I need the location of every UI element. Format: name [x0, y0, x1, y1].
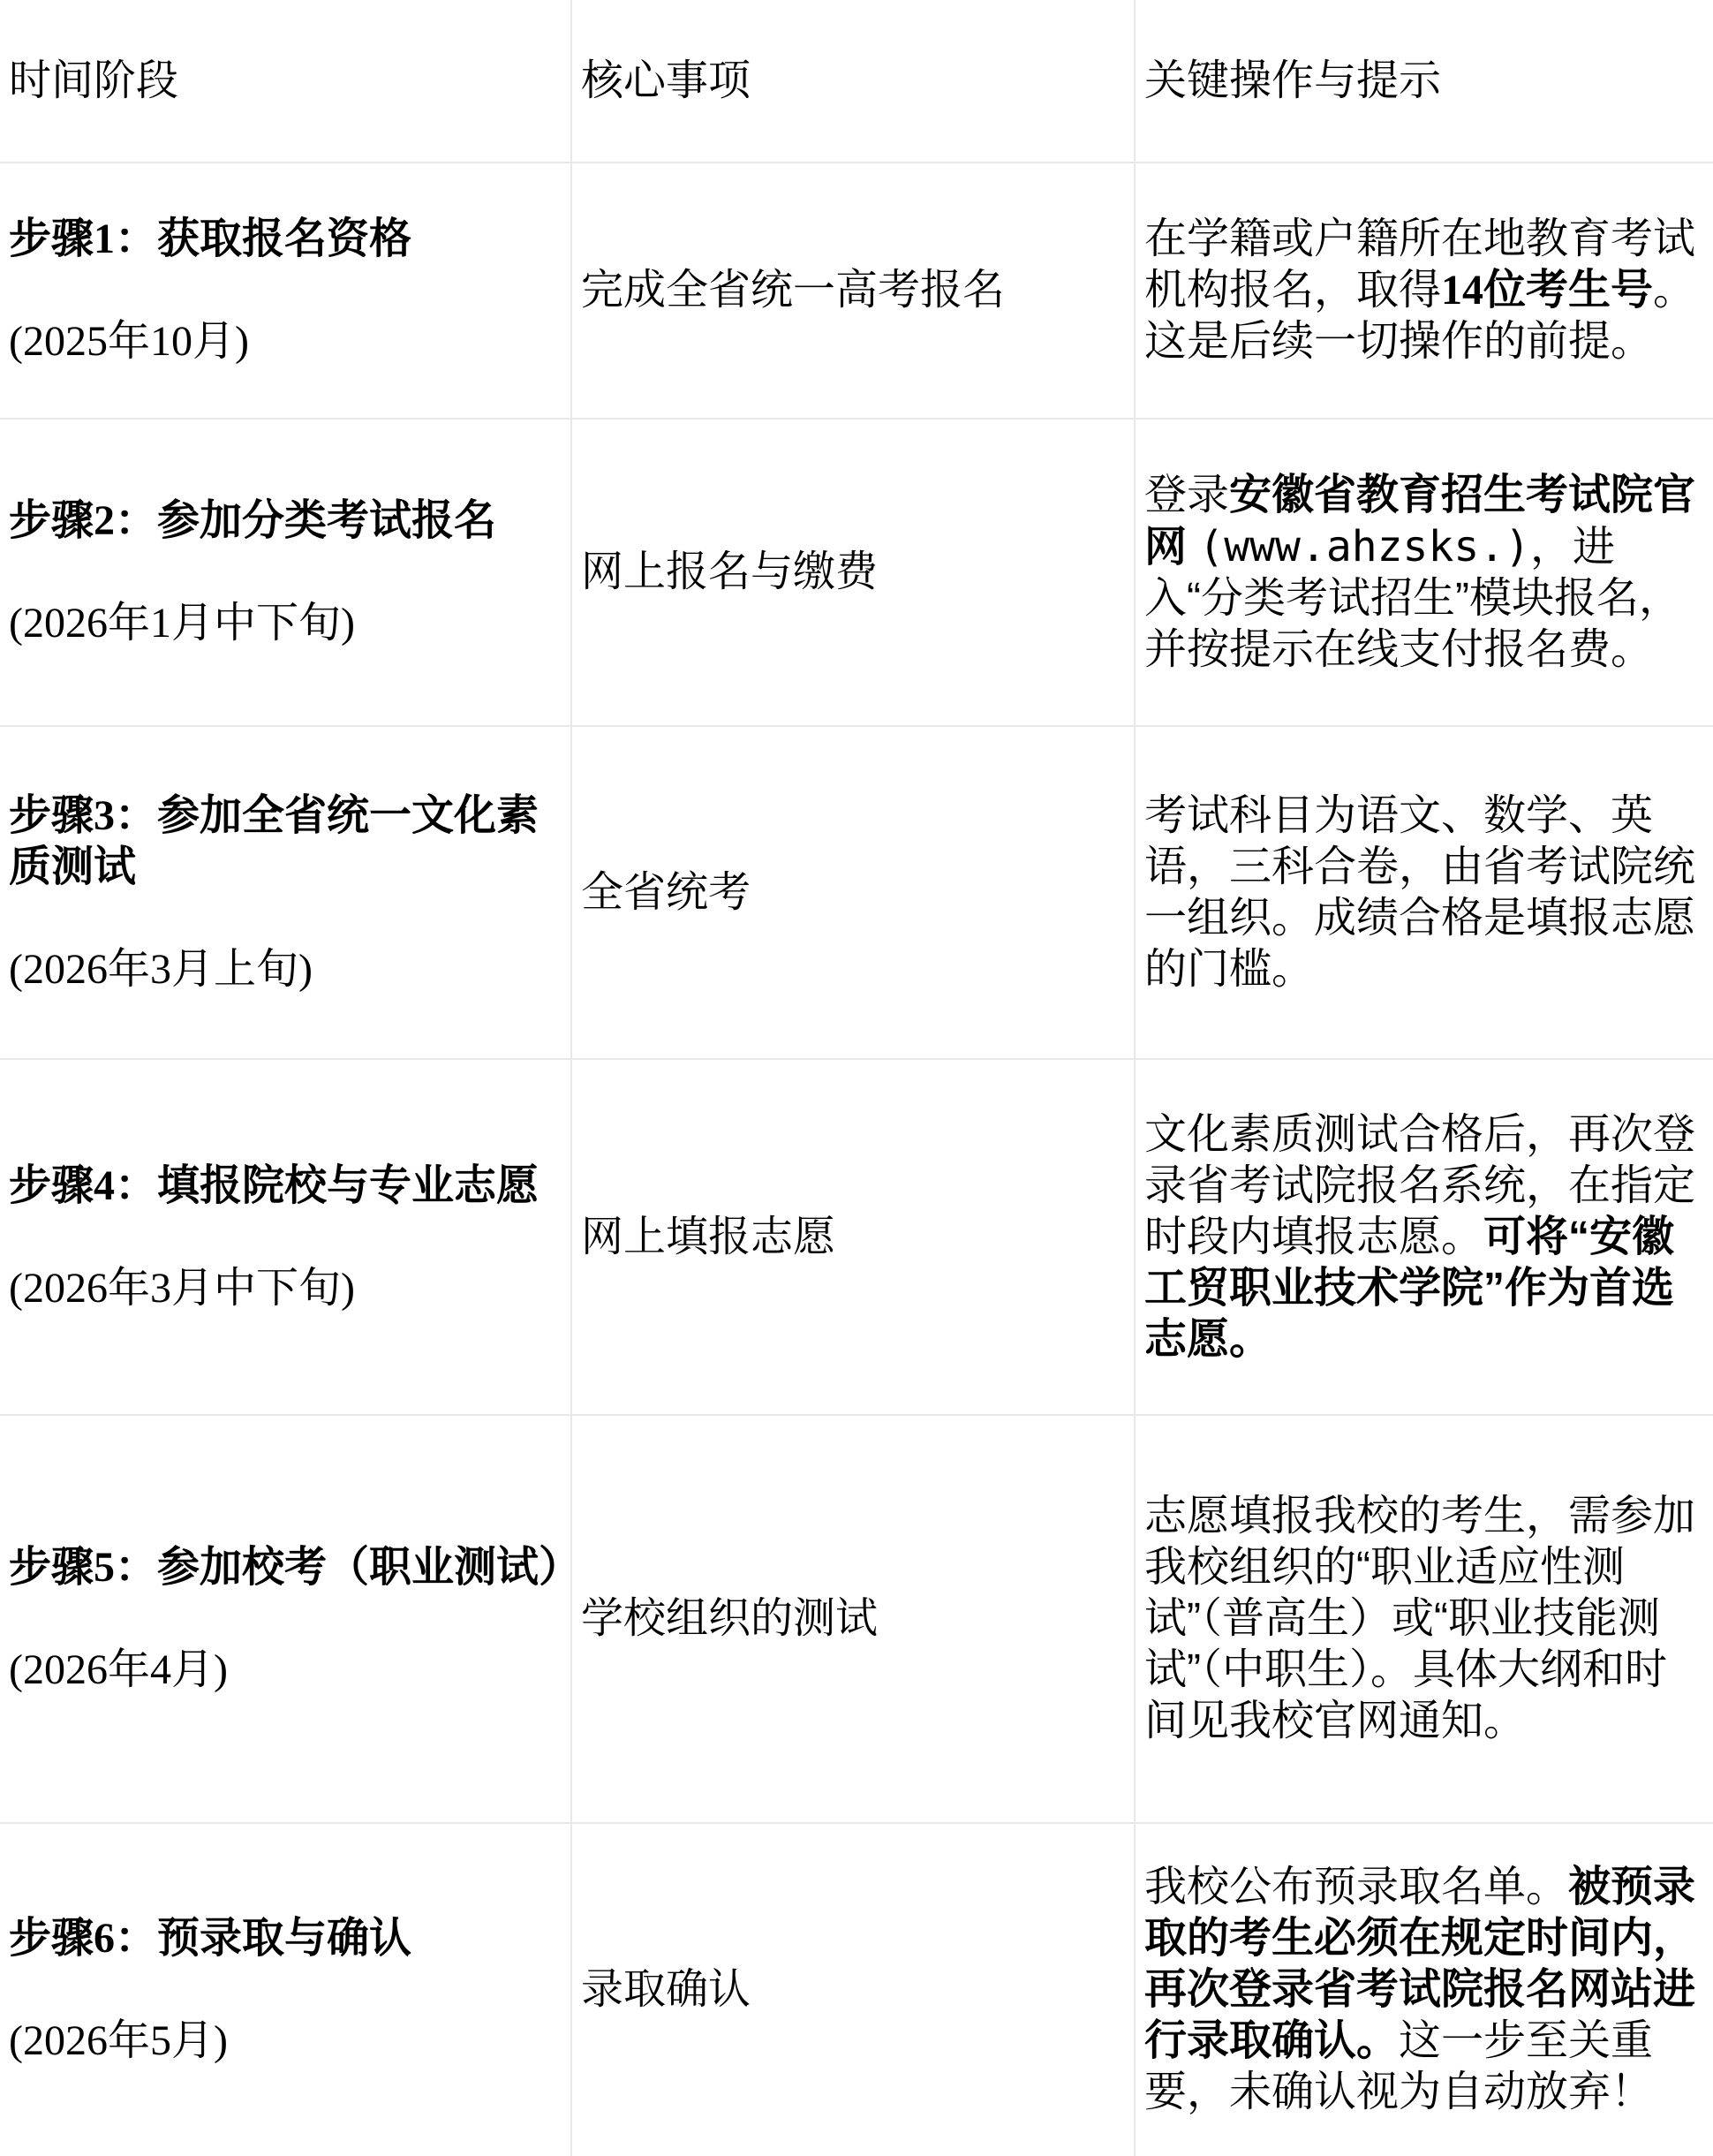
stage-cell: 步骤5：参加校考（职业测试） (2026年4月): [0, 1416, 572, 1822]
stage-cell: 步骤6：预录取与确认 (2026年5月): [0, 1824, 572, 2156]
stage-date: (2026年1月中下旬): [9, 598, 562, 649]
stage-title: 步骤6：预录取与确认: [9, 1913, 562, 1964]
header-cell-stage: 时间阶段: [0, 0, 572, 162]
tips-segment: 考试科目为语文、数学、英语，三科合卷，由省考试院统一组织。成绩合格是填报志愿的门…: [1144, 792, 1695, 993]
tips-segment: 位考生号: [1483, 267, 1653, 314]
stage-cell: 步骤2：参加分类考试报名 (2026年1月中下旬): [0, 420, 572, 725]
tips-text: 在学籍或户籍所在地教育考试机构报名，取得14位考生号。这是后续一切操作的前提。: [1144, 214, 1704, 367]
stage-title: 步骤1：获取报名资格: [9, 214, 562, 265]
table-header-row: 时间阶段 核心事项 关键操作与提示: [0, 0, 1713, 163]
stage-title: 步骤5：参加校考（职业测试）: [9, 1542, 562, 1593]
stage-cell: 步骤3：参加全省统一文化素质测试 (2026年3月上旬): [0, 727, 572, 1058]
header-cell-core: 核心事项: [572, 0, 1136, 162]
tips-segment: 我校公布预录取名单。: [1144, 1864, 1568, 1910]
stage-cell: 步骤1：获取报名资格 (2025年10月): [0, 163, 572, 418]
admission-steps-table: 时间阶段 核心事项 关键操作与提示 步骤1：获取报名资格 (2025年10月) …: [0, 0, 1713, 2156]
tips-segment: [1187, 524, 1198, 571]
header-cell-tips: 关键操作与提示: [1136, 0, 1713, 162]
core-text: 网上填报志愿: [581, 1212, 1125, 1263]
tips-cell: 在学籍或户籍所在地教育考试机构报名，取得14位考生号。这是后续一切操作的前提。: [1136, 163, 1713, 418]
table-row: 步骤2：参加分类考试报名 (2026年1月中下旬) 网上报名与缴费 登录安徽省教…: [0, 420, 1713, 727]
stage-date: (2026年4月): [9, 1645, 562, 1696]
stage-date: (2026年5月): [9, 2016, 562, 2067]
core-cell: 完成全省统一高考报名: [572, 163, 1136, 418]
tips-text: 考试科目为语文、数学、英语，三科合卷，由省考试院统一组织。成绩合格是填报志愿的门…: [1144, 791, 1704, 995]
stage-cell: 步骤4：填报院校与专业志愿 (2026年3月中下旬): [0, 1060, 572, 1414]
stage-date: (2026年3月上旬): [9, 944, 562, 995]
header-tips-label: 关键操作与提示: [1144, 56, 1704, 107]
core-cell: 学校组织的测试: [572, 1416, 1136, 1822]
tips-segment: (www.ahzsks.): [1198, 522, 1530, 571]
table-row: 步骤4：填报院校与专业志愿 (2026年3月中下旬) 网上填报志愿 文化素质测试…: [0, 1060, 1713, 1416]
tips-cell: 文化素质测试合格后，再次登录省考试院报名系统，在指定时段内填报志愿。可将“安徽工…: [1136, 1060, 1713, 1414]
header-core-label: 核心事项: [581, 56, 1125, 107]
stage-date: (2025年10月): [9, 316, 562, 367]
table-row: 步骤5：参加校考（职业测试） (2026年4月) 学校组织的测试 志愿填报我校的…: [0, 1416, 1713, 1824]
table-row: 步骤6：预录取与确认 (2026年5月) 录取确认 我校公布预录取名单。被预录取…: [0, 1824, 1713, 2156]
core-cell: 全省统考: [572, 727, 1136, 1058]
tips-cell: 我校公布预录取名单。被预录取的考生必须在规定时间内，再次登录省考试院报名网站进行…: [1136, 1824, 1713, 2156]
core-text: 全省统考: [581, 867, 1125, 919]
core-cell: 网上填报志愿: [572, 1060, 1136, 1414]
table-row: 步骤1：获取报名资格 (2025年10月) 完成全省统一高考报名 在学籍或户籍所…: [0, 163, 1713, 420]
tips-segment: 14: [1441, 267, 1483, 314]
header-stage-label: 时间阶段: [9, 56, 562, 107]
core-text: 学校组织的测试: [581, 1593, 1125, 1645]
tips-text: 志愿填报我校的考生，需参加我校组织的“职业适应性测试”（普高生）或“职业技能测试…: [1144, 1491, 1704, 1747]
core-text: 网上报名与缴费: [581, 547, 1125, 598]
tips-segment: 志愿填报我校的考生，需参加我校组织的“职业适应性测试”（普高生）或“职业技能测试…: [1144, 1493, 1695, 1744]
core-cell: 录取确认: [572, 1824, 1136, 2156]
core-cell: 网上报名与缴费: [572, 420, 1136, 725]
stage-title: 步骤2：参加分类考试报名: [9, 496, 562, 547]
core-text: 录取确认: [581, 1964, 1125, 2016]
core-text: 完成全省统一高考报名: [581, 265, 1125, 316]
stage-date: (2026年3月中下旬): [9, 1263, 562, 1314]
tips-cell: 志愿填报我校的考生，需参加我校组织的“职业适应性测试”（普高生）或“职业技能测试…: [1136, 1416, 1713, 1822]
stage-title: 步骤4：填报院校与专业志愿: [9, 1161, 562, 1212]
tips-text: 我校公布预录取名单。被预录取的考生必须在规定时间内，再次登录省考试院报名网站进行…: [1144, 1862, 1704, 2118]
stage-title: 步骤3：参加全省统一文化素质测试: [9, 791, 562, 893]
tips-text: 文化素质测试合格后，再次登录省考试院报名系统，在指定时段内填报志愿。可将“安徽工…: [1144, 1109, 1704, 1365]
tips-segment: 登录: [1144, 472, 1229, 518]
page: 时间阶段 核心事项 关键操作与提示 步骤1：获取报名资格 (2025年10月) …: [0, 0, 1713, 2156]
tips-cell: 登录安徽省教育招生考试院官网 (www.ahzsks.)，进入“分类考试招生”模…: [1136, 420, 1713, 725]
tips-cell: 考试科目为语文、数学、英语，三科合卷，由省考试院统一组织。成绩合格是填报志愿的门…: [1136, 727, 1713, 1058]
table-row: 步骤3：参加全省统一文化素质测试 (2026年3月上旬) 全省统考 考试科目为语…: [0, 727, 1713, 1060]
tips-text: 登录安徽省教育招生考试院官网 (www.ahzsks.)，进入“分类考试招生”模…: [1144, 470, 1704, 676]
